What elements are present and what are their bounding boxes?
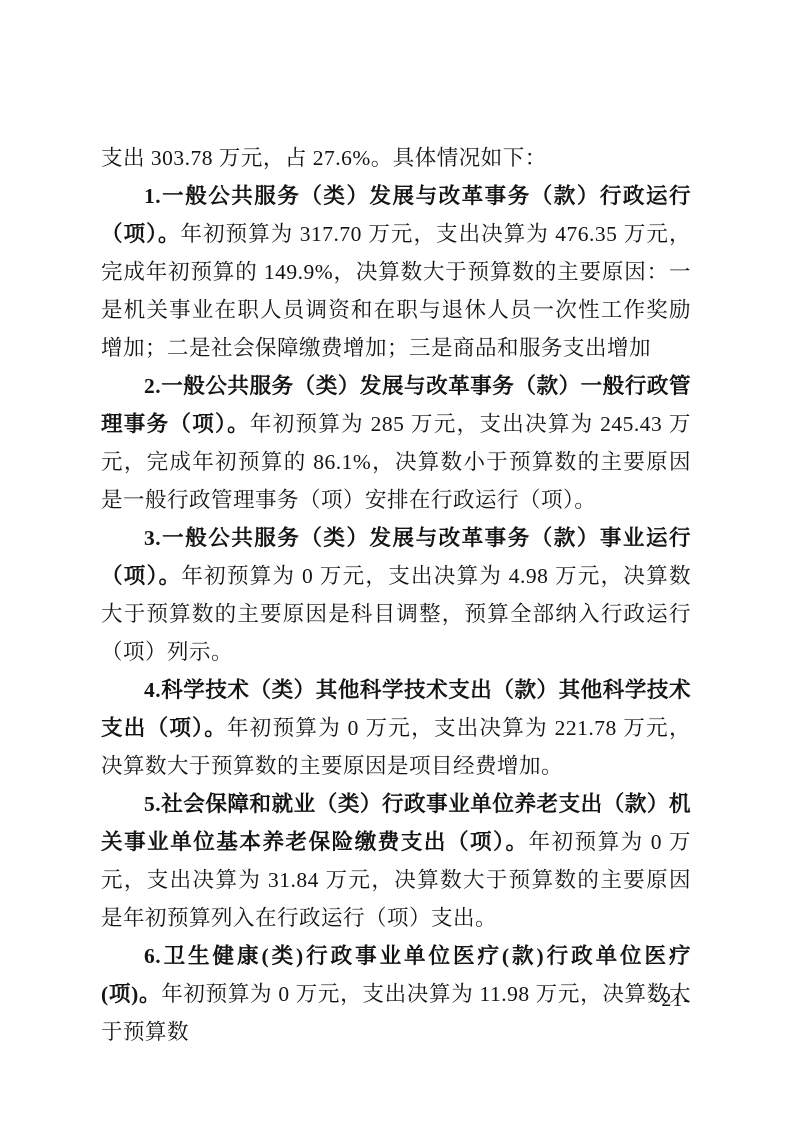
budget-item-paragraph-2: 2.一般公共服务（类）发展与改革事务（款）一般行政管理事务（项）。年初预算为 2… bbox=[101, 367, 691, 519]
budget-item-paragraph-3: 3.一般公共服务（类）发展与改革事务（款）事业运行（项）。年初预算为 0 万元，… bbox=[101, 519, 691, 671]
budget-item-paragraph-4: 4.科学技术（类）其他科学技术支出（款）其他科学技术支出（项）。年初预算为 0 … bbox=[101, 671, 691, 785]
budget-item-paragraph-5: 5.社会保障和就业（类）行政事业单位养老支出（款）机关事业单位基本养老保险缴费支… bbox=[101, 785, 691, 937]
document-body: 支出 303.78 万元，占 27.6%。具体情况如下： 1.一般公共服务（类）… bbox=[101, 139, 691, 1051]
budget-item-1-body: 年初预算为 317.70 万元，支出决算为 476.35 万元，完成年初预算的 … bbox=[101, 222, 691, 360]
budget-item-3-body: 年初预算为 0 万元，支出决算为 4.98 万元，决算数大于预算数的主要原因是科… bbox=[101, 564, 691, 664]
document-page: 支出 303.78 万元，占 27.6%。具体情况如下： 1.一般公共服务（类）… bbox=[0, 0, 793, 1122]
intro-paragraph: 支出 303.78 万元，占 27.6%。具体情况如下： bbox=[101, 139, 691, 177]
page-number: -21- bbox=[101, 988, 691, 1012]
budget-item-paragraph-1: 1.一般公共服务（类）发展与改革事务（款）行政运行（项）。年初预算为 317.7… bbox=[101, 177, 691, 367]
